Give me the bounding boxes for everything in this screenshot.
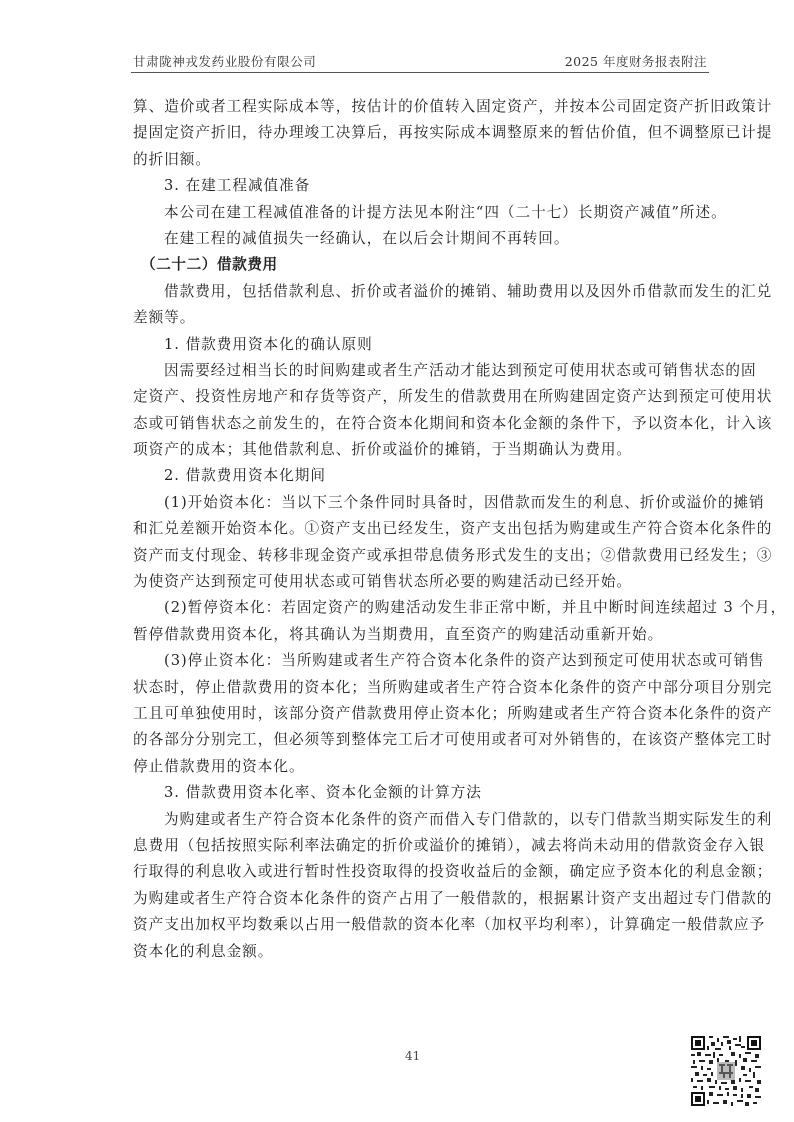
body-line: 资产支出加权平均数乘以占用一般借款的资本化率（加权平均利率），计算确定一般借款应…: [133, 912, 705, 938]
body-line: 资产而支付现金、转移非现金资产或承担带息债务形式发生的支出；②借款费用已经发生；…: [133, 543, 705, 569]
body-line: 停止借款费用的资本化。: [133, 754, 705, 780]
body-line: 息费用（包括按照实际利率法确定的折价或溢价的摊销），减去将尚未动用的借款资金存入…: [133, 833, 705, 859]
body-line: 暂停借款费用资本化，将其确认为当期费用，直至资产的购建活动重新开始。: [133, 622, 705, 648]
company-name: 甘肃陇神戎发药业股份有限公司: [133, 54, 316, 70]
body-line: 资本化的利息金额。: [133, 939, 705, 965]
page-header: 甘肃陇神戎发药业股份有限公司 2025 年度财务报表附注: [131, 53, 709, 73]
page-number: 41: [405, 1049, 420, 1063]
body-line: 态或可销售状态之前发生的，在符合资本化期间和资本化金额的条件下，予以资本化，计入…: [133, 411, 705, 437]
body-line: 工且可单独使用时，该部分资产借款费用停止资本化；所购建或者生产符合资本化条件的资…: [133, 701, 705, 727]
body-line: 的折旧额。: [133, 147, 705, 173]
subsection-title: 1. 借款费用资本化的确认原则: [133, 332, 705, 358]
body-line: 为购建或者生产符合资本化条件的资产而借入专门借款的，以专门借款当期实际发生的利: [133, 807, 705, 833]
body-line: 为使资产达到预定可使用状态或可销售状态所必要的购建活动已经开始。: [133, 569, 705, 595]
body-line: 项资产的成本；其他借款利息、折价或溢价的摊销，于当期确认为费用。: [133, 437, 705, 463]
body-line: 本公司在建工程减值准备的计提方法见本附注“四（二十七）长期资产减值”所述。: [133, 200, 705, 226]
subsection-title: 2. 借款费用资本化期间: [133, 463, 705, 489]
body-line: 和汇兑差额开始资本化。①资产支出已经发生，资产支出包括为购建或生产符合资本化条件…: [133, 516, 705, 542]
body-line: 算、造价或者工程实际成本等，按估计的价值转入固定资产，并按本公司固定资产折旧政策…: [133, 94, 705, 120]
body-line: (2)暂停资本化：若固定资产的购建活动发生非正常中断，并且中断时间连续超过 3 …: [133, 595, 705, 621]
body-line: 因需要经过相当长的时间购建或者生产活动才能达到预定可使用状态或可销售状态的固: [133, 358, 705, 384]
body-line: 在建工程的减值损失一经确认，在以后会计期间不再转回。: [133, 226, 705, 252]
document-body: 算、造价或者工程实际成本等，按估计的价值转入固定资产，并按本公司固定资产折旧政策…: [133, 94, 705, 965]
body-line: 差额等。: [133, 305, 705, 331]
report-title: 2025 年度财务报表附注: [565, 54, 707, 70]
body-line: 定资产、投资性房地产和存货等资产，所发生的借款费用在所购建固定资产达到预定可使用…: [133, 384, 705, 410]
body-line: (1)开始资本化：当以下三个条件同时具备时，因借款而发生的利息、折价或溢价的摊销: [133, 490, 705, 516]
subsection-title: 3. 借款费用资本化率、资本化金额的计算方法: [133, 780, 705, 806]
qr-code-icon: [691, 1036, 761, 1106]
subsection-title: 3. 在建工程减值准备: [133, 173, 705, 199]
body-line: 行取得的利息收入或进行暂时性投资取得的投资收益后的金额，确定应予资本化的利息金额…: [133, 859, 705, 885]
section-heading: （二十二）借款费用: [133, 252, 705, 278]
body-line: (3)停止资本化：当所购建或者生产符合资本化条件的资产达到预定可使用状态或可销售: [133, 648, 705, 674]
body-line: 状态时，停止借款费用的资本化；当所购建或者生产符合资本化条件的资产中部分项目分别…: [133, 675, 705, 701]
body-line: 的各部分分别完工，但必须等到整体完工后才可使用或者可对外销售的，在该资产整体完工…: [133, 727, 705, 753]
body-line: 为购建或者生产符合资本化条件的资产占用了一般借款的，根据累计资产支出超过专门借款…: [133, 886, 705, 912]
body-line: 提固定资产折旧，待办理竣工决算后，再按实际成本调整原来的暂估价值，但不调整原已计…: [133, 120, 705, 146]
body-line: 借款费用，包括借款利息、折价或者溢价的摊销、辅助费用以及因外币借款而发生的汇兑: [133, 279, 705, 305]
